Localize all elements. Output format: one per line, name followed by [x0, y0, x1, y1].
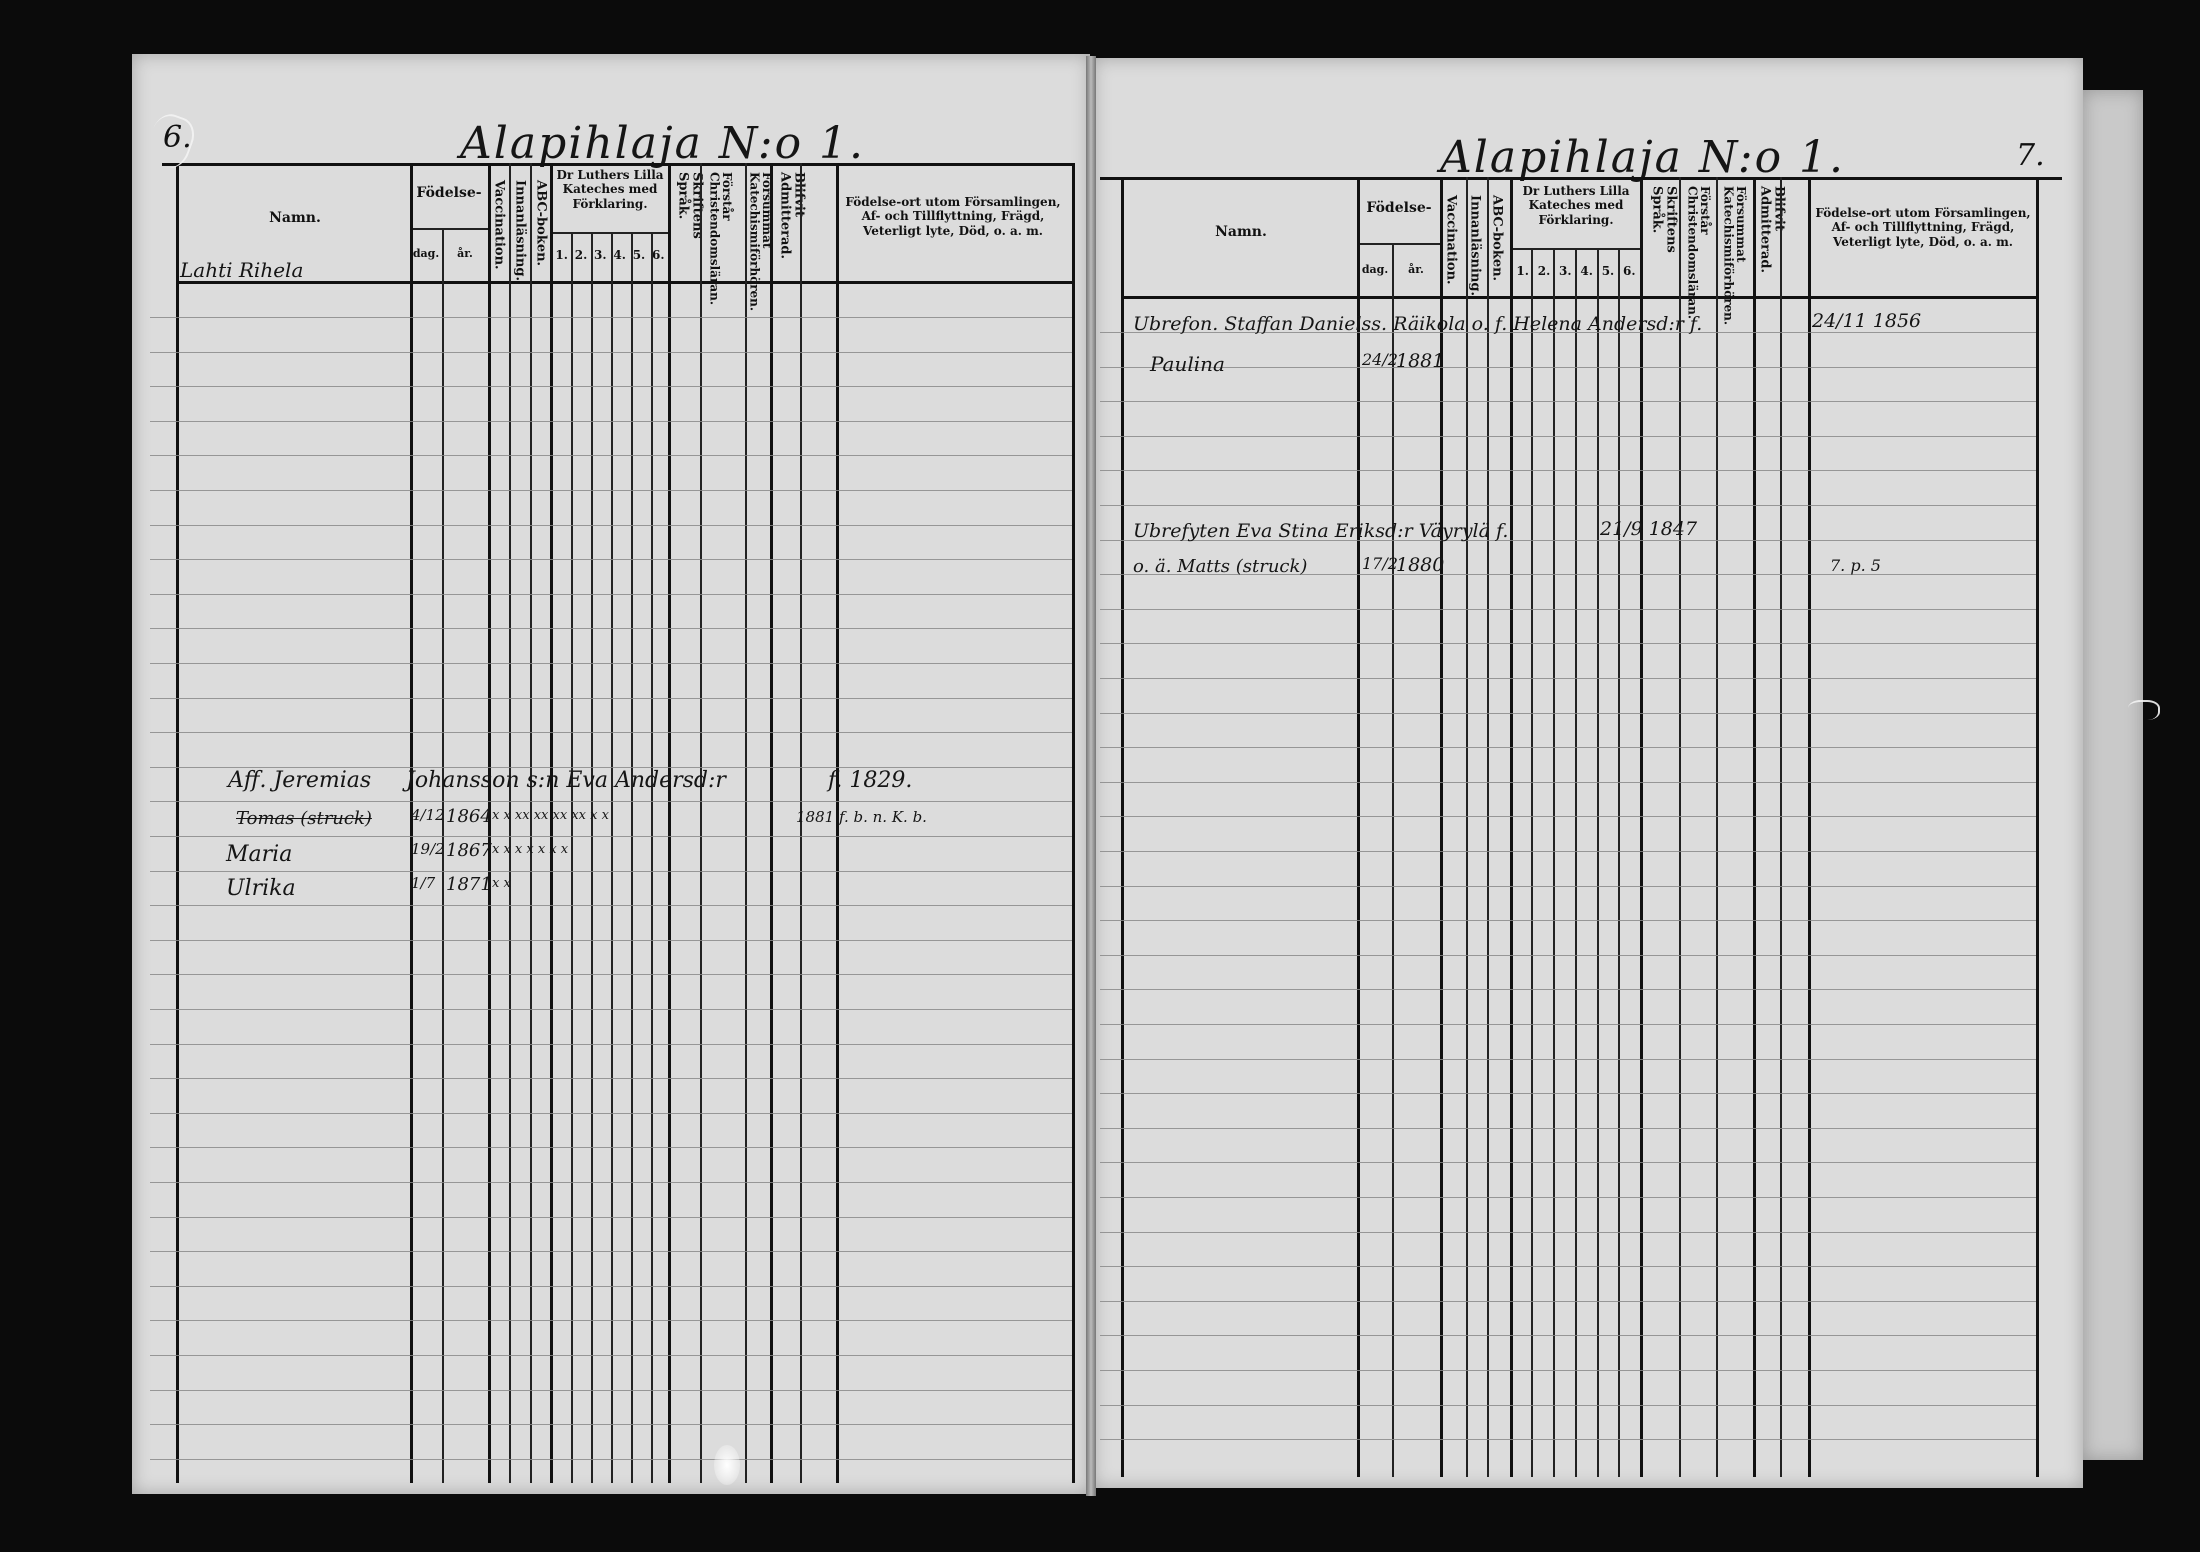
ruled-line [150, 594, 1072, 595]
right-entry-line2: o. ä. Matts (struck) [1133, 556, 1307, 577]
right-col-divider [1357, 177, 1360, 1477]
left-header-luther: Dr Luthers Lilla Kateches med Förklaring… [552, 168, 668, 211]
ruled-line [150, 352, 1072, 353]
ruled-line [150, 1217, 1072, 1218]
ruled-line [1100, 782, 2036, 783]
right-col-divider [1466, 177, 1468, 1477]
left-col-divider [611, 232, 613, 1483]
ruled-line [150, 1044, 1072, 1045]
right-col-divider [1440, 177, 1443, 1477]
right-col-divider [1753, 177, 1756, 1477]
ruled-line [150, 421, 1072, 422]
ruled-line [150, 940, 1072, 941]
ruled-line [150, 455, 1072, 456]
ruled-line [150, 974, 1072, 975]
ruled-line [1100, 920, 2036, 921]
luther-col-6: 6. [1623, 264, 1636, 278]
right-col-divider [1597, 248, 1599, 1477]
left-col-divider [591, 232, 593, 1483]
right-col-divider [1679, 177, 1681, 1477]
ruled-line [1100, 1059, 2036, 1060]
ruled-line [1100, 713, 2036, 714]
ruled-line [1100, 1162, 2036, 1163]
left-entry-marks: x x x x x x x [492, 842, 568, 857]
right-header-vaccination: Vaccination. [1444, 195, 1458, 295]
left-entry-head-name: Aff. Jeremias [228, 768, 371, 793]
right-page-number: 7. [2016, 138, 2045, 173]
ruled-line [1100, 1093, 2036, 1094]
luther-col-1: 1. [555, 248, 568, 262]
ruled-line [150, 836, 1072, 837]
right-right-border [2036, 177, 2039, 1477]
left-header-fodelse: Födelse- [410, 185, 488, 202]
left-entry-ar: 1867 [446, 840, 492, 861]
ruled-line [150, 1286, 1072, 1287]
ruled-line [150, 1390, 1072, 1391]
left-entry-dag: 1/7 [411, 874, 435, 892]
ruled-line [150, 1009, 1072, 1010]
ruled-line [150, 1078, 1072, 1079]
left-header-ar: år. [442, 247, 488, 260]
left-household-label: Lahti Rihela [180, 258, 303, 282]
right-col-divider [1392, 243, 1394, 1477]
right-entry-dag: 17/2 [1362, 554, 1398, 573]
right-header-fodelse-ort: Födelse-ort utom Församlingen, Af- och T… [1810, 206, 2036, 249]
book-gutter [1086, 56, 1096, 1496]
right-col-divider [1716, 177, 1718, 1477]
ruled-line [150, 525, 1072, 526]
ruled-line [150, 317, 1072, 318]
luther-col-1: 1. [1516, 264, 1529, 278]
ruled-line [1100, 1024, 2036, 1025]
right-entry-dag: 24/2 [1362, 350, 1398, 369]
right-col-divider [1780, 177, 1782, 1477]
left-entry-marks: x x [492, 876, 511, 891]
right-title-rule [1100, 177, 2062, 180]
ruled-line [1100, 955, 2036, 956]
ruled-line [1100, 816, 2036, 817]
ruled-line [1100, 367, 2036, 368]
luther-col-4: 4. [613, 248, 626, 262]
left-header-vaccination: Vaccination. [492, 180, 506, 280]
right-header-namn: Namn. [1124, 224, 1358, 241]
ruled-line [1100, 1405, 2036, 1406]
left-header-abc-boken: ABC-boken. [534, 180, 548, 280]
right-entry-ar: 1880 [1396, 554, 1444, 576]
right-header-bottom-rule [1124, 296, 2038, 299]
ruled-line [1100, 989, 2036, 990]
left-header-bottom-rule [178, 281, 1074, 284]
right-header-forsummat: Försummat Katechismiförhören. [1722, 186, 1747, 294]
ruled-line [1100, 1266, 2036, 1267]
ruled-line [150, 386, 1072, 387]
left-col-divider [571, 232, 573, 1483]
right-col-divider [1640, 177, 1643, 1477]
ruled-line [1100, 851, 2036, 852]
ruled-line [150, 1320, 1072, 1321]
right-col-divider [1618, 248, 1620, 1477]
right-col-divider [1487, 177, 1489, 1477]
ruled-line [1100, 401, 2036, 402]
left-entry-note: 1881 f. b. n. K. b. [796, 808, 927, 826]
ruled-line [150, 663, 1072, 664]
ruled-line [1100, 747, 2036, 748]
left-entry-head-continuation: Johansson s:n Eva Andersd:r [406, 768, 726, 793]
right-entry-line1: Ubrefyten Eva Stina Eriksd:r Väyrylä f. [1133, 520, 1508, 542]
ruled-line [150, 1459, 1072, 1460]
left-entry-dag: 4/12 [411, 806, 445, 824]
left-col-divider [651, 232, 653, 1483]
right-header-ar: år. [1392, 263, 1440, 276]
ruled-line [150, 1182, 1072, 1183]
right-col-divider [1531, 248, 1533, 1477]
right-fodelse-sub-rule [1358, 243, 1440, 245]
left-header-namn: Namn. [180, 210, 410, 227]
left-entry-name: Tomas (struck) [236, 808, 372, 829]
right-col-divider [1808, 177, 1811, 1477]
left-fodelse-sub-rule [410, 228, 488, 230]
left-right-border [1072, 163, 1075, 1483]
right-header-skriftens-sprak: Skriftens Språk. [1650, 186, 1677, 294]
luther-col-3: 3. [1559, 264, 1572, 278]
ruled-line [1100, 436, 2036, 437]
ruled-line [1100, 609, 2036, 610]
ruled-line [150, 1147, 1072, 1148]
ruled-line [150, 490, 1072, 491]
left-header-dag: dag. [410, 247, 442, 260]
luther-col-5: 5. [1602, 264, 1615, 278]
ruled-line [1100, 886, 2036, 887]
film-scratch [2128, 700, 2160, 720]
right-entry-ar: 1881 [1396, 350, 1444, 372]
left-entry-dag: 19/2 [411, 840, 445, 858]
right-col-divider [1553, 248, 1555, 1477]
ruled-line [1100, 1439, 2036, 1440]
ruled-line [1100, 1370, 2036, 1371]
right-col-divider [1510, 177, 1513, 1477]
left-entry-name: Ulrika [226, 876, 296, 901]
ruled-line [1100, 505, 2036, 506]
left-entry-marks: x x xx xx xx xx x x [492, 808, 609, 823]
ruled-line [150, 732, 1072, 733]
left-header-innanlasning: Innanläsning. [513, 180, 527, 280]
left-entry-ar: 1864 [446, 806, 492, 827]
right-header-fodelse: Födelse- [1358, 200, 1440, 217]
ruled-line [1100, 1197, 2036, 1198]
luther-col-5: 5. [633, 248, 646, 262]
left-col-divider [631, 232, 633, 1483]
ruled-line [1100, 1128, 2036, 1129]
ruled-line [150, 801, 1072, 802]
film-glare [714, 1445, 740, 1485]
ruled-line [150, 1355, 1072, 1356]
right-header-luther: Dr Luthers Lilla Kateches med Förklaring… [1512, 184, 1640, 227]
right-header-innanlasning: Innanläsning. [1468, 195, 1482, 295]
luther-col-2: 2. [575, 248, 588, 262]
ruled-line [150, 1424, 1072, 1425]
ruled-line [150, 698, 1072, 699]
left-page-title: Alapihlaja N:o 1. [460, 118, 865, 169]
left-title-rule [162, 163, 1074, 166]
luther-col-2: 2. [1538, 264, 1551, 278]
right-page-title: Alapihlaja N:o 1. [1440, 132, 1845, 183]
ruled-line [150, 628, 1072, 629]
ruled-line [1100, 678, 2036, 679]
right-entry-line1: Ubrefon. Staffan Danielss. Räikola o. f.… [1133, 313, 1702, 335]
left-header-fodelse-ort: Födelse-ort utom Församlingen, Af- och T… [838, 195, 1068, 238]
right-border [1121, 177, 1124, 1477]
ruled-line [1100, 1232, 2036, 1233]
left-entry-head-note: f. 1829. [828, 768, 912, 793]
right-entry-date: 24/11 1856 [1812, 310, 1921, 332]
right-entry-line2: Paulina [1150, 352, 1225, 376]
left-header-forstar: Förstår Christendomsläran. [708, 172, 733, 280]
right-header-dag: dag. [1358, 263, 1392, 276]
luther-col-6: 6. [652, 248, 665, 262]
ruled-line [1100, 470, 2036, 471]
luther-col-4: 4. [1580, 264, 1593, 278]
ruled-line [150, 905, 1072, 906]
left-entry-name: Maria [226, 842, 292, 867]
luther-col-3: 3. [594, 248, 607, 262]
ruled-line [150, 1251, 1072, 1252]
page-edge-stack [2083, 90, 2143, 1460]
left-entry-ar: 1871 [446, 874, 492, 895]
ruled-line [150, 871, 1072, 872]
ruled-line [1100, 643, 2036, 644]
right-header-abc-boken: ABC-boken. [1490, 195, 1504, 295]
ruled-line [1100, 1335, 2036, 1336]
ruled-line [150, 559, 1072, 560]
ruled-line [1100, 1301, 2036, 1302]
right-header-forstar: Förstår Christendomsläran. [1686, 186, 1711, 294]
ruled-line [150, 1113, 1072, 1114]
right-entry-note: 7. p. 5 [1830, 556, 1881, 575]
right-col-divider [1575, 248, 1577, 1477]
right-entry-date: 21/9 1847 [1600, 518, 1697, 540]
